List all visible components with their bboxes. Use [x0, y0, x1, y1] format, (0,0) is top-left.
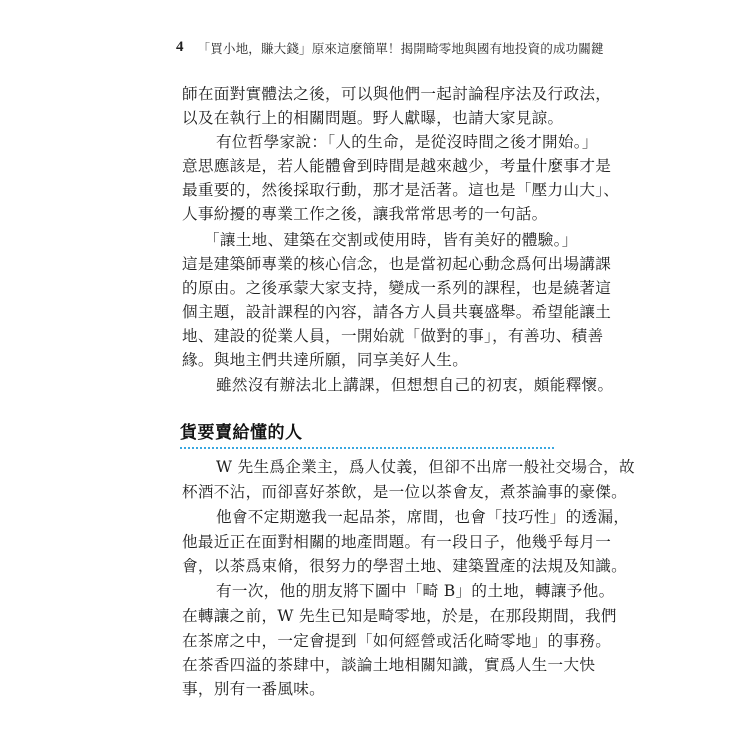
paragraph-line: 人事紛擾的專業工作之後，讓我常常思考的一句話。 [182, 202, 548, 226]
paragraph-line: 雖然沒有辦法北上講課，但想想自己的初衷，頗能釋懷。 [216, 373, 613, 397]
paragraph-line: 在茶席之中，一定會提到「如何經營或活化畸零地」的事務。 [182, 629, 611, 653]
paragraph-line: 師在面對實體法之後，可以與他們一起討論程序法及行政法， [182, 82, 611, 106]
paragraph-line: 在轉讓之前，W 先生已知是畸零地，於是，在那段期間，我們 [182, 604, 617, 628]
paragraph-line: 有一次，他的朋友將下圖中「畸 B」的土地，轉讓予他。 [216, 579, 614, 603]
section-heading: 貨要賣給懂的人 [180, 422, 556, 449]
section-title: 貨要賣給懂的人 [180, 422, 556, 444]
running-header: 4 「買小地，賺大錢」原來這麼簡單！揭開畸零地與國有地投資的成功關鍵 [176, 37, 604, 57]
paragraph-line: 意思應該是，若人能體會到時間是越來越少，考量什麼事才是 [182, 154, 611, 178]
paragraph-line: 最重要的，然後採取行動，那才是活著。這也是「壓力山大」、 [182, 178, 619, 202]
paragraph-line: 地、建設的從業人員，一開始就「做對的事」，有善功、積善 [182, 324, 603, 348]
paragraph-line: 以及在執行上的相關問題。野人獻曝，也請大家見諒。 [182, 106, 563, 130]
page-number: 4 [176, 39, 184, 56]
paragraph-line: 緣。與地主們共達所願，同享美好人生。 [182, 348, 468, 372]
paragraph-line: 這是建築師專業的核心信念，也是當初起心動念爲何出場講課 [182, 252, 611, 276]
paragraph-line: 「讓土地、建築在交割或使用時，皆有美好的體驗。」 [204, 228, 578, 252]
paragraph-line: 在茶香四溢的茶肆中，談論土地相關知識，實爲人生一大快 [182, 653, 595, 677]
paragraph-line: 他最近正在面對相關的地產問題。有一段日子，他幾乎每月一 [182, 530, 611, 554]
paragraph-line: 他會不定期邀我一起品茶，席間，也會「技巧性」的透漏， [216, 505, 629, 529]
dotted-underline [180, 447, 554, 449]
paragraph-line: 個主題，設計課程的內容，請各方人員共襄盛舉。希望能讓土 [182, 300, 611, 324]
paragraph-line: 會，以茶爲束脩，很努力的學習土地、建築置產的法規及知識。 [182, 554, 627, 578]
paragraph-line: 的原由。之後承蒙大家支持，變成一系列的課程，也是繞著這 [182, 276, 611, 300]
book-title: 「買小地，賺大錢」原來這麼簡單！揭開畸零地與國有地投資的成功關鍵 [198, 38, 604, 57]
paragraph-line: 杯酒不沾，而卻喜好茶飲，是一位以茶會友，煮茶論事的豪傑。 [182, 480, 627, 504]
paragraph-line: W 先生爲企業主，爲人仗義，但卻不出席一般社交場合，故 [216, 455, 635, 479]
paragraph-line: 事，別有一番風味。 [182, 677, 325, 701]
paragraph-line: 有位哲學家說：「人的生命，是從沒時間之後才開始。」 [216, 130, 598, 154]
book-page: 4 「買小地，賺大錢」原來這麼簡單！揭開畸零地與國有地投資的成功關鍵 師在面對實… [0, 0, 750, 750]
